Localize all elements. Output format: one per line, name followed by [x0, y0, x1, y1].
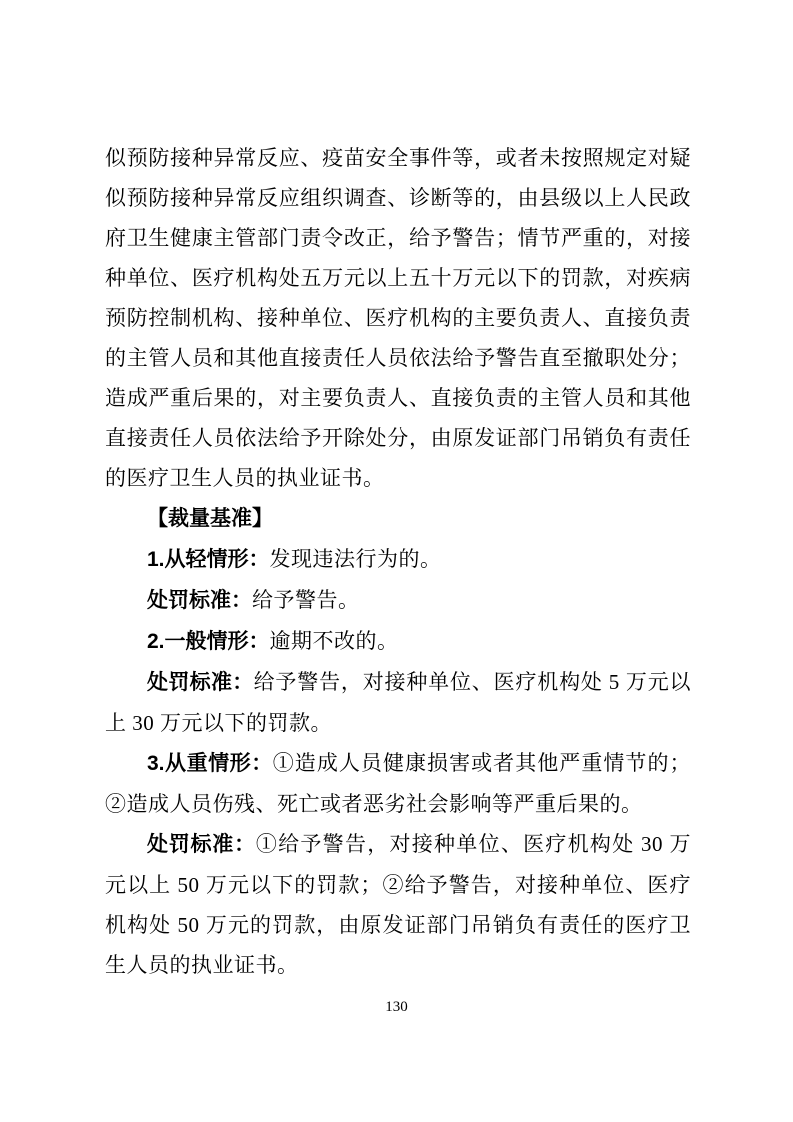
- document-page: 似预防接种异常反应、疫苗安全事件等，或者未按照规定对疑似预防接种异常反应组织调查…: [0, 0, 793, 1122]
- para-label: 处罚标准：: [147, 589, 252, 612]
- para-label: 处罚标准：: [147, 833, 256, 856]
- paragraph-text: 发现违法行为的。: [270, 547, 442, 571]
- paragraph-text: 逾期不改的。: [270, 629, 399, 653]
- para-general-circumstance: 2.一般情形：逾期不改的。: [105, 621, 691, 662]
- paragraph-text: 给予警告。: [252, 588, 360, 612]
- section-heading-label: 【裁量基准】: [147, 507, 273, 530]
- para-label: 处罚标准：: [147, 671, 254, 694]
- section-heading-discretion-benchmark: 【裁量基准】: [105, 498, 691, 539]
- document-body: 似预防接种异常反应、疫苗安全事件等，或者未按照规定对疑似预防接种异常反应组织调查…: [105, 138, 691, 985]
- para-label: 1.从轻情形：: [147, 548, 270, 571]
- para-penalty-standard-1: 处罚标准：给予警告。: [105, 580, 691, 621]
- page-number: 130: [0, 998, 793, 1016]
- para-penalty-standard-3: 处罚标准：①给予警告，对接种单位、医疗机构处 30 万元以上 50 万元以下的罚…: [105, 824, 691, 985]
- para-label: 2.一般情形：: [147, 630, 270, 653]
- para-penalty-standard-2: 处罚标准：给予警告，对接种单位、医疗机构处 5 万元以上 30 万元以下的罚款。: [105, 662, 691, 743]
- para-heavy-circumstance: 3.从重情形：①造成人员健康损害或者其他严重情节的；②造成人员伤残、死亡或者恶劣…: [105, 743, 691, 824]
- para-light-circumstance: 1.从轻情形：发现违法行为的。: [105, 539, 691, 580]
- para-label: 3.从重情形：: [147, 752, 273, 775]
- paragraph-text: 似预防接种异常反应、疫苗安全事件等，或者未按照规定对疑似预防接种异常反应组织调查…: [105, 146, 691, 490]
- paragraph-continuation: 似预防接种异常反应、疫苗安全事件等，或者未按照规定对疑似预防接种异常反应组织调查…: [105, 138, 691, 498]
